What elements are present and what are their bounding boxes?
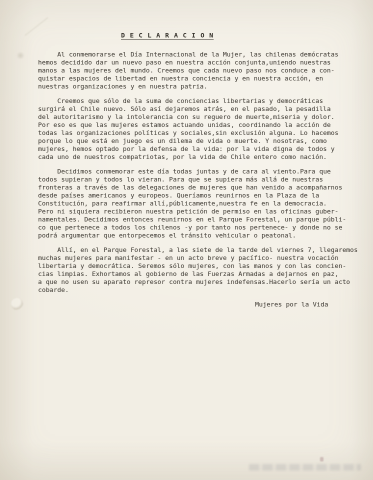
document-title: D E C L A R A C I O N bbox=[121, 32, 214, 40]
document-page: D E C L A R A C I O N Al conmemorarse el… bbox=[0, 0, 373, 480]
paragraph-1: Al conmemorarse el Día Internacional de … bbox=[38, 51, 373, 91]
paragraph-3: Decidimos conmemorar este día todas junt… bbox=[38, 168, 373, 240]
paragraph-4: Allí, en el Parque Forestal, a las siete… bbox=[38, 247, 373, 295]
paragraph-2: Creemos que sólo de la suma de concienci… bbox=[38, 98, 373, 162]
archive-watermark-illegible bbox=[249, 464, 361, 471]
signature: Mujeres por la Vida bbox=[255, 301, 373, 309]
document-content: D E C L A R A C I O N Al conmemorarse el… bbox=[0, 0, 373, 480]
paper-smudge-mark bbox=[16, 52, 25, 59]
scanned-document-viewport: D E C L A R A C I O N Al conmemorarse el… bbox=[0, 0, 373, 480]
paper-crease-mark bbox=[25, 17, 48, 36]
document-body: Al conmemorarse el Día Internacional de … bbox=[38, 51, 373, 309]
paper-speck-mark bbox=[320, 457, 324, 462]
hole-punch-mark bbox=[11, 298, 23, 310]
